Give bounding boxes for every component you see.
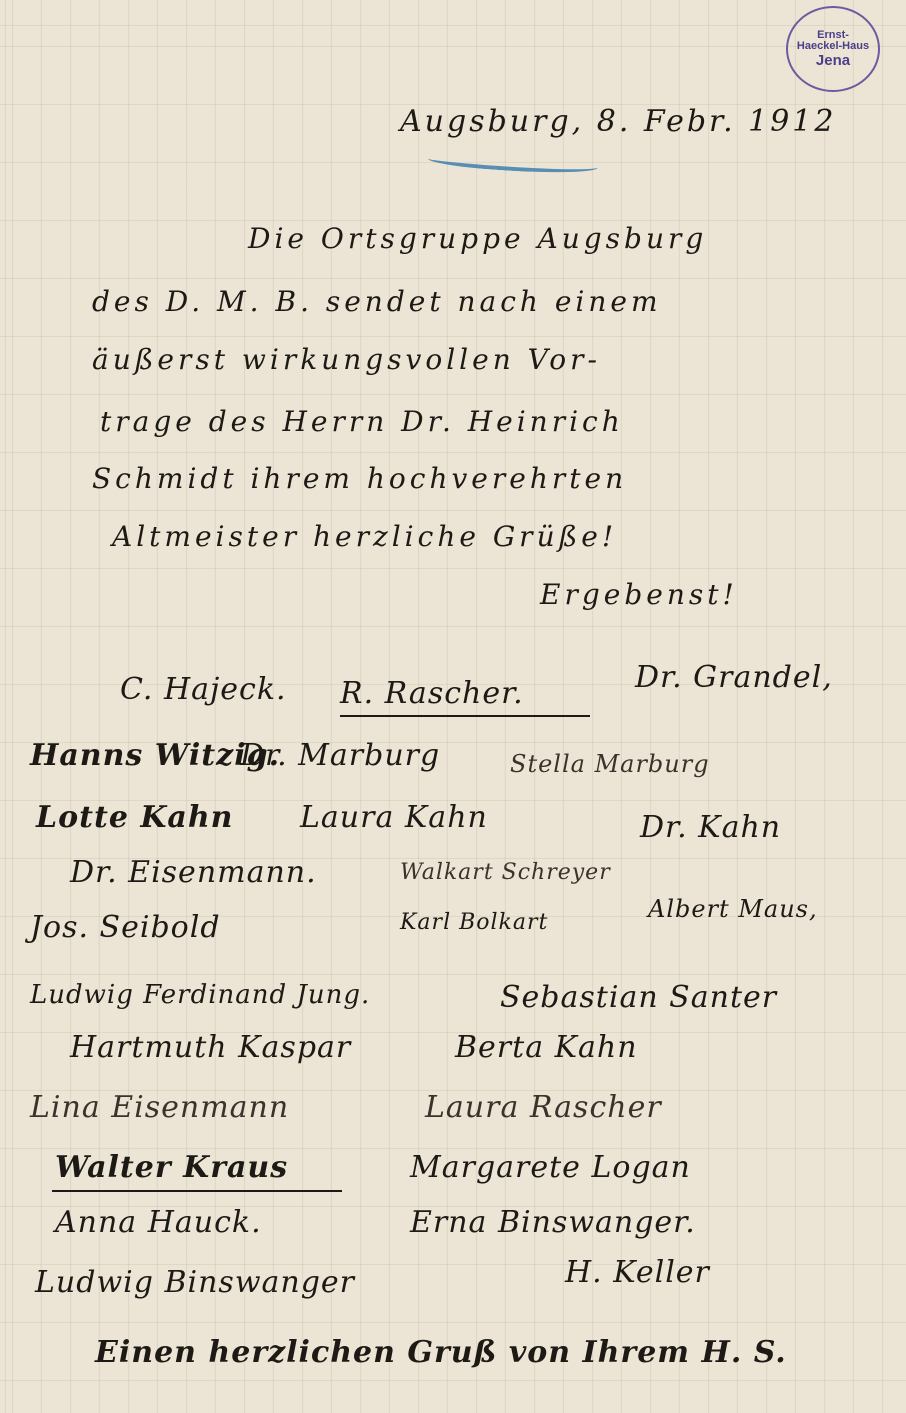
body-line-5: Schmidt ihrem hochverehrten — [92, 462, 627, 495]
signature: Jos. Seibold — [30, 910, 221, 945]
signature: Sebastian Santer — [500, 980, 777, 1015]
signature: Lotte Kahn — [36, 800, 234, 835]
signature: Dr. Kahn — [640, 810, 781, 845]
signature: Karl Bolkart — [400, 910, 548, 935]
body-line-2: des D. M. B. sendet nach einem — [92, 285, 662, 318]
closing-greeting: Einen herzlichen Gruß von Ihrem H. S. — [95, 1335, 787, 1370]
signature: C. Hajeck. — [120, 672, 287, 707]
stamp-line-3: Jena — [816, 53, 850, 69]
archive-stamp: Ernst- Haeckel-Haus Jena — [786, 6, 880, 92]
signature: Hartmuth Kaspar — [70, 1030, 351, 1065]
letter-page: Ernst- Haeckel-Haus Jena Augsburg, 8. Fe… — [0, 0, 906, 1413]
signature: Walkart Schreyer — [400, 860, 611, 885]
signature-underline — [52, 1190, 342, 1192]
signature: R. Rascher. — [340, 676, 524, 711]
signature: Anna Hauck. — [55, 1205, 262, 1240]
signature: Dr. Grandel, — [635, 660, 833, 695]
signature: Ludwig Ferdinand Jung. — [30, 980, 370, 1010]
blue-pencil-underline — [428, 149, 599, 177]
signature: Margarete Logan — [410, 1150, 691, 1185]
signature: Lina Eisenmann — [30, 1090, 289, 1125]
signature: H. Keller — [565, 1255, 710, 1290]
body-line-1: Die Ortsgruppe Augsburg — [248, 222, 707, 255]
closing: Ergebenst! — [540, 578, 738, 611]
signature: Walter Kraus — [55, 1150, 288, 1185]
place-and-date: Augsburg, 8. Febr. 1912 — [400, 104, 837, 139]
signature: Ludwig Binswanger — [35, 1265, 355, 1300]
stamp-line-2: Haeckel-Haus — [797, 41, 869, 53]
signature: Laura Kahn — [300, 800, 488, 835]
signature: Albert Maus, — [648, 895, 818, 923]
signature: Dr. Eisenmann. — [70, 855, 317, 890]
signature: Berta Kahn — [455, 1030, 638, 1065]
signature: Laura Rascher — [425, 1090, 662, 1125]
body-line-3: äußerst wirkungsvollen Vor- — [92, 343, 601, 376]
body-line-6: Altmeister herzliche Grüße! — [112, 520, 617, 553]
signature: Stella Marburg — [510, 750, 710, 778]
signature: Erna Binswanger. — [410, 1205, 696, 1240]
signature-underline — [340, 715, 590, 717]
signature: Dr. Marburg — [240, 738, 440, 773]
body-line-4: trage des Herrn Dr. Heinrich — [100, 405, 624, 438]
